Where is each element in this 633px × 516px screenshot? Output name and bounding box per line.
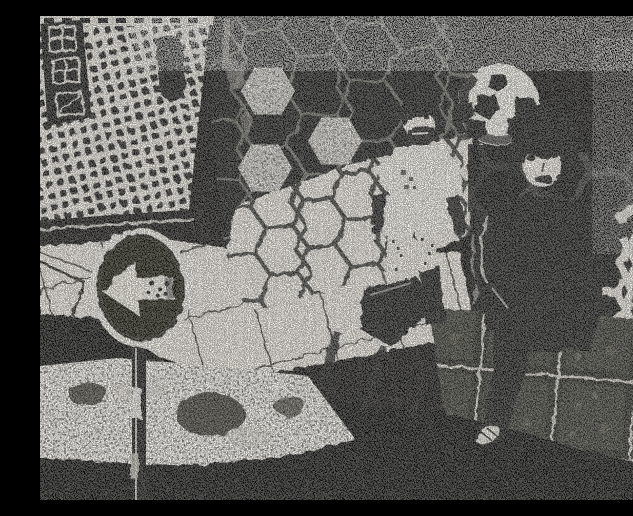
photo: Two children chase a soccer ball across …	[40, 16, 633, 500]
film-grain-black	[40, 16, 633, 500]
photo-canvas: hexagonal tiles in shadow square paving …	[40, 16, 633, 500]
